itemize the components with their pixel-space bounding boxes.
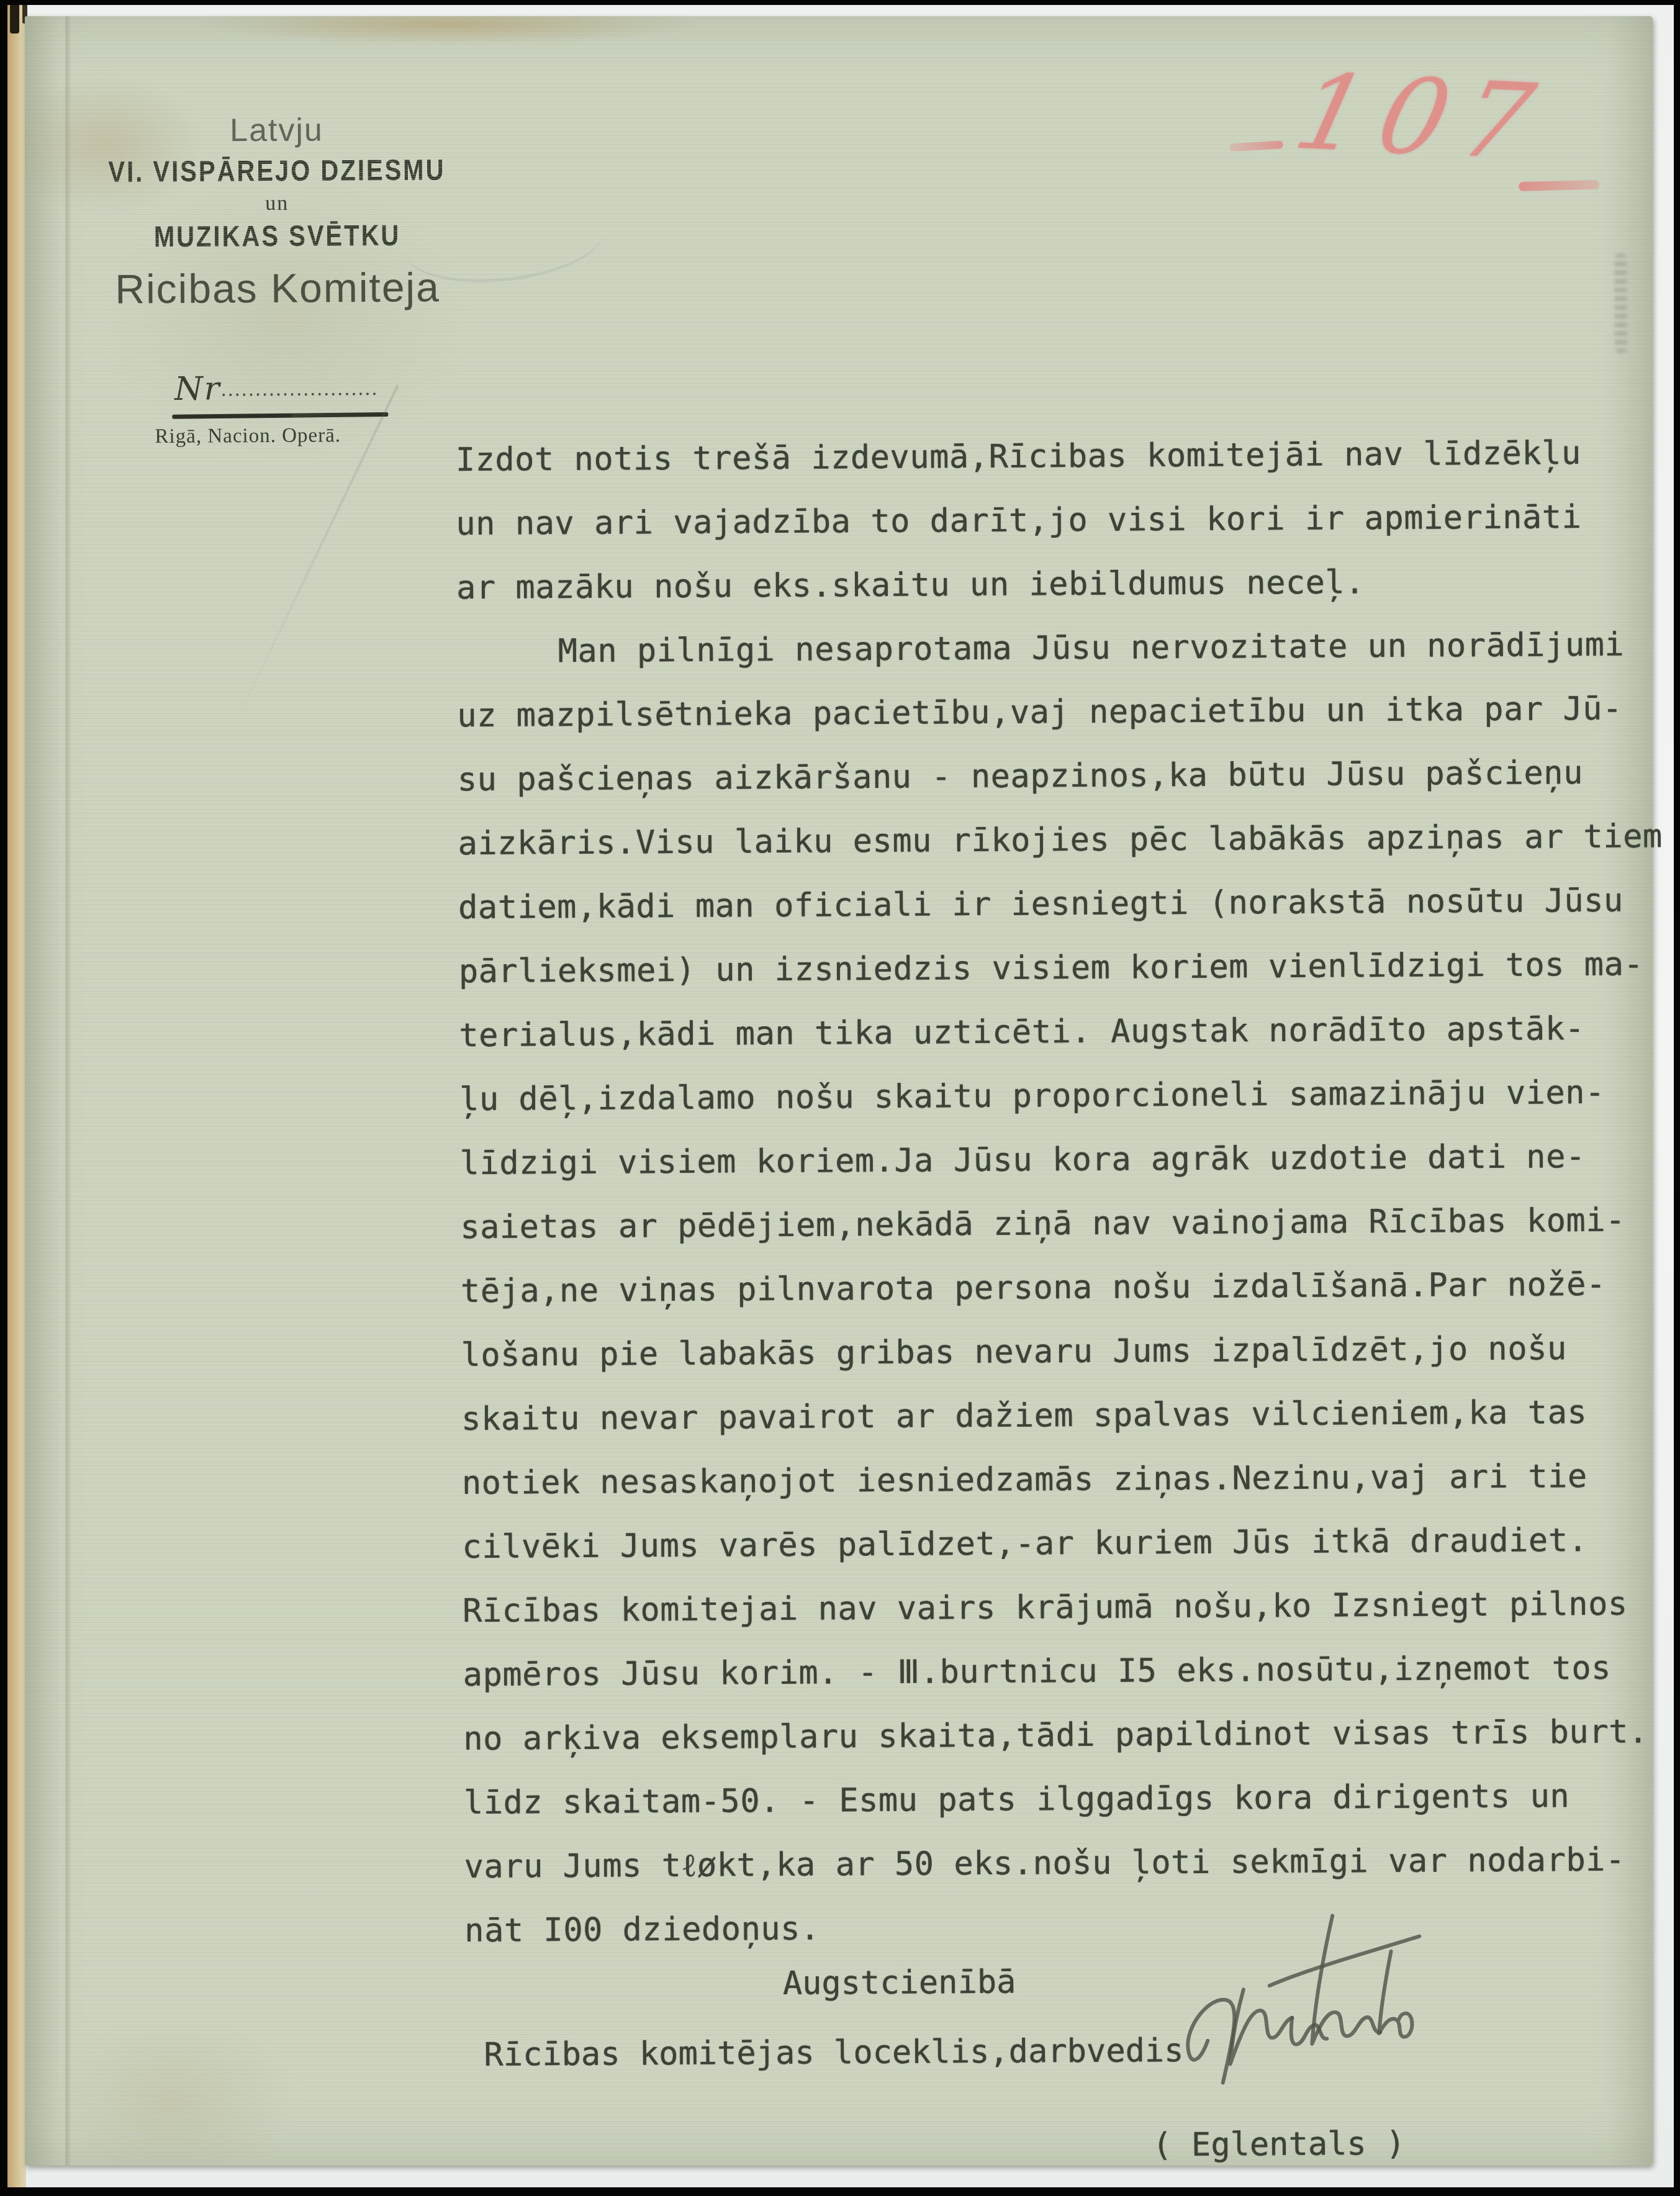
pencil-dash-right bbox=[1519, 180, 1599, 191]
typewritten-line: Rīcības komitejai nav vairs krājumā nošu… bbox=[463, 1572, 1649, 1643]
typewritten-line: apmēros Jūsu korim. - Ⅲ.burtnicu I5 eks.… bbox=[463, 1636, 1649, 1707]
signature-scrawl bbox=[1170, 1876, 1463, 2114]
typewritten-line: aizkāris.Visu laiku esmu rīkojies pēc la… bbox=[458, 805, 1644, 876]
typewritten-line: skaitu nevar pavairot ar dažiem spalvas … bbox=[461, 1380, 1648, 1452]
letterhead-rule bbox=[172, 412, 388, 419]
salutation: Augstcienībā bbox=[783, 1964, 1016, 2002]
typewritten-line: un nav ari vajadzība to darīt,jo visi ko… bbox=[456, 485, 1642, 556]
typewritten-line: Izdot notis trešā izdevumā,Rīcibas komit… bbox=[455, 421, 1642, 492]
typewritten-body: Izdot notis trešā izdevumā,Rīcibas komit… bbox=[455, 421, 1650, 1963]
typewritten-line: Man pilnīgi nesaprotama Jūsu nervozitate… bbox=[456, 613, 1643, 684]
typewritten-line: saietas ar pēdējiem,nekādā ziņā nav vain… bbox=[460, 1188, 1646, 1260]
typewritten-line: terialus,kādi man tika uzticēti. Augstak… bbox=[459, 996, 1645, 1068]
typewritten-line: datiem,kādi man oficiali ir iesniegti (n… bbox=[458, 869, 1645, 940]
typewritten-line: līdz skaitam-50. - Esmu pats ilggadīgs k… bbox=[464, 1764, 1650, 1835]
nr-dotted-leader: ....................... bbox=[220, 378, 378, 401]
typewritten-line: notiek nesaskaņojot iesniedzamās ziņas.N… bbox=[462, 1444, 1648, 1516]
typewritten-line: lošanu pie labakās gribas nevaru Jums iz… bbox=[461, 1316, 1647, 1388]
signature-name: ( Eglentals ) bbox=[1152, 2125, 1405, 2164]
scanned-letter-page: { "page_number_pencil": { "value": "107"… bbox=[0, 0, 1680, 2196]
place-line: Rigā, Nacion. Operā. bbox=[155, 423, 465, 448]
typewritten-line: pārlieksmei) un izsniedzis visiem koriem… bbox=[459, 933, 1645, 1004]
typewritten-line: ļu dēļ,izdalamo nošu skaitu proporcionel… bbox=[459, 1060, 1646, 1132]
ink-bleed-mark bbox=[1614, 254, 1627, 353]
page-number-value: 107 bbox=[1272, 52, 1571, 183]
signature-svg bbox=[1170, 1876, 1463, 2114]
typewritten-line: uz mazpilsētnieka pacietību,vaj nepaciet… bbox=[457, 677, 1643, 748]
typewritten-line: no arķiva eksemplaru skaita,tādi papildi… bbox=[463, 1700, 1650, 1771]
typewritten-line: ar mazāku nošu eks.skaitu un iebildumus … bbox=[456, 549, 1643, 620]
typewritten-line: tēja,ne viņas pilnvarota persona nošu iz… bbox=[461, 1252, 1647, 1324]
letterhead-line-latvju: Latvju bbox=[19, 110, 534, 150]
letterhead-line-festival: VI. VISPĀREJO DZIESMU bbox=[19, 153, 535, 189]
typewritten-line: nāt I00 dziedoņus. bbox=[464, 1892, 1651, 1963]
letter-content: Latvju VI. VISPĀREJO DZIESMU un MUZIKAS … bbox=[18, 10, 1659, 2169]
handwritten-page-number: 107 bbox=[1226, 59, 1605, 237]
typewritten-line: su pašcieņas aizkāršanu - neapzinos,ka b… bbox=[458, 741, 1644, 812]
scanner-bed: Latvju VI. VISPĀREJO DZIESMU un MUZIKAS … bbox=[7, 5, 1674, 2187]
nr-label: Nr bbox=[174, 370, 221, 407]
typewritten-line: varu Jums tℓøkt,ka ar 50 eks.nošu ļoti s… bbox=[464, 1828, 1650, 1899]
signer-role-line: Rīcības komitējas loceklis,darbvedis bbox=[484, 2032, 1183, 2074]
typewritten-line: cilvēki Jums varēs palīdzet,-ar kuriem J… bbox=[462, 1508, 1648, 1579]
pencil-dash-left bbox=[1229, 140, 1283, 151]
letter-sheet: Latvju VI. VISPĀREJO DZIESMU un MUZIKAS … bbox=[25, 16, 1653, 2166]
typewritten-line: līdzigi visiem koriem.Ja Jūsu kora agrāk… bbox=[459, 1124, 1646, 1196]
